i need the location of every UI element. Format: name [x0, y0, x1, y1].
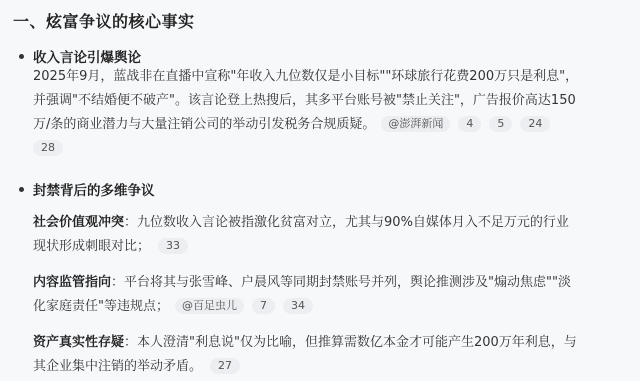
paragraph-text: 万/条的商业潜力与大量注销公司的举动引发税务合规质疑。 — [33, 117, 375, 132]
colon: ： — [124, 215, 137, 230]
paragraph-line: 并强调"不结婚便不破产"。该言论登上热搜后，其多平台账号被"禁止关注"，广告报价… — [33, 89, 633, 113]
reference-chip[interactable]: 24 — [520, 116, 550, 132]
paragraph-line: 2025年9月，蓝战非在直播中宣称"年收入九位数仅是小目标""环球旅行花费200… — [33, 65, 633, 89]
reference-chip[interactable]: 5 — [489, 116, 512, 132]
paragraph-line: 内容监管指向：平台将其与张雪峰、户晨风等同期封禁账号并列，舆论推测涉及"煽动焦虑… — [33, 271, 633, 295]
paragraph-text: 化家庭责任"等违规点； — [33, 299, 169, 314]
paragraph-text: 本人澄清"利息说"仅为比喻，但推算需数亿本金才可能产生200万年利息，与 — [137, 335, 577, 350]
paragraph-text: 现状形成刺眼对比； — [33, 239, 150, 254]
paragraph-text: 平台将其与张雪峰、户晨风等同期封禁账号并列，舆论推测涉及"煽动焦虑""淡 — [124, 275, 571, 290]
reference-chip[interactable]: 33 — [158, 238, 188, 254]
subsection-content-regulation: 内容监管指向：平台将其与张雪峰、户晨风等同期封禁账号并列，舆论推测涉及"煽动焦虑… — [33, 271, 633, 319]
bullet-icon — [19, 187, 24, 192]
paragraph-line: 资产真实性存疑：本人澄清"利息说"仅为比喻，但推算需数亿本金才可能产生200万年… — [33, 331, 633, 355]
colon: ： — [124, 335, 137, 350]
reference-chip[interactable]: 34 — [283, 298, 313, 314]
subsection-label: 社会价值观冲突 — [33, 215, 124, 230]
subsection-label: 内容监管指向 — [33, 275, 111, 290]
paragraph-line: 28 — [33, 137, 633, 161]
document-page: 一、炫富争议的核心事实 收入言论引爆舆论 2025年9月，蓝战非在直播中宣称"年… — [0, 0, 640, 381]
reference-chip[interactable]: 28 — [33, 140, 63, 156]
subsection-label: 资产真实性存疑 — [33, 335, 124, 350]
item-paragraph-income-remarks: 2025年9月，蓝战非在直播中宣称"年收入九位数仅是小目标""环球旅行花费200… — [33, 65, 633, 161]
colon: ： — [111, 275, 124, 290]
reference-chip[interactable]: 7 — [252, 298, 275, 314]
paragraph-text: 九位数收入言论被指激化贫富对立，尤其与90%自媒体月入不足万元的行业 — [137, 215, 569, 230]
bullet-icon — [19, 54, 24, 59]
paragraph-line: 社会价值观冲突：九位数收入言论被指激化贫富对立，尤其与90%自媒体月入不足万元的… — [33, 211, 633, 235]
paragraph-line: 现状形成刺眼对比；33 — [33, 235, 633, 259]
reference-chip[interactable]: 27 — [210, 358, 240, 374]
paragraph-text: 其企业集中注销的举动矛盾。 — [33, 359, 202, 374]
source-chip-baizuchong[interactable]: @百足虫儿 — [175, 298, 244, 314]
source-chip-thepaper[interactable]: @澎湃新闻 — [381, 116, 450, 132]
subsection-social-values: 社会价值观冲突：九位数收入言论被指激化贫富对立，尤其与90%自媒体月入不足万元的… — [33, 211, 633, 259]
reference-chip[interactable]: 4 — [458, 116, 481, 132]
subsection-asset-authenticity: 资产真实性存疑：本人澄清"利息说"仅为比喻，但推算需数亿本金才可能产生200万年… — [33, 331, 633, 379]
paragraph-line: 化家庭责任"等违规点；@百足虫儿734 — [33, 295, 633, 319]
paragraph-line: 万/条的商业潜力与大量注销公司的举动引发税务合规质疑。@澎湃新闻4524 — [33, 113, 633, 137]
paragraph-line: 其企业集中注销的举动矛盾。27 — [33, 355, 633, 379]
item-heading-income-remarks: 收入言论引爆舆论 — [33, 46, 141, 66]
section-title: 一、炫富争议的核心事实 — [13, 9, 195, 32]
item-heading-ban-controversy: 封禁背后的多维争议 — [33, 179, 155, 199]
